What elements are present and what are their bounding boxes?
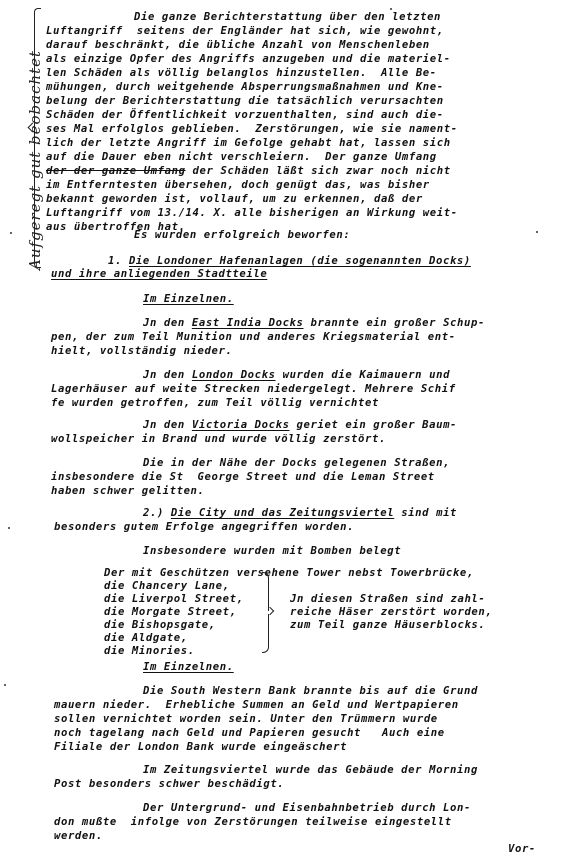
place-name: Victoria Docks (192, 419, 290, 431)
bombs-heading: Insbesondere wurden mit Bomben belegt (143, 545, 401, 558)
scan-speck (4, 684, 6, 686)
intro-line: darauf beschränkt, die übliche Anzahl vo… (46, 39, 430, 52)
london-docks-line: Lagerhäuser auf weite Strecken niedergel… (51, 383, 456, 396)
typewritten-document-page: Aufgeregt gut beobachtet Die ganze Beric… (0, 0, 563, 864)
victoria-docks-line: wollspeicher in Brand und wurde völlig z… (51, 433, 386, 446)
bank-line: sollen vernichtet worden sein. Unter den… (54, 713, 438, 726)
subheading-im-einzelnen: Im Einzelnen. (143, 293, 234, 306)
bombed-street: die Liverpol Street, (104, 593, 244, 606)
bombed-heading: Es wurden erfolgreich beworfen: (134, 229, 350, 242)
bombed-street: die Minories. (104, 645, 195, 658)
victoria-docks-line: Jn den Victoria Docks geriet ein großer … (143, 419, 457, 432)
intro-line: Die ganze Berichterstattung über den let… (134, 11, 441, 24)
handwritten-margin-note: Aufgeregt gut beobachtet (4, 30, 30, 270)
east-india-line: hielt, vollständig nieder. (51, 345, 232, 358)
intro-line: Schäden der Öffentlichkeit vorzuenthalte… (46, 109, 444, 122)
transport-line: Der Untergrund- und Eisenbahnbetrieb dur… (143, 802, 471, 815)
scan-speck (10, 232, 12, 234)
streets-line: haben schwer gelitten. (51, 485, 205, 498)
scan-speck (536, 231, 538, 233)
section-2-line: besonders gutem Erfolge angegriffen word… (54, 521, 354, 534)
bombed-street: die Aldgate, (104, 632, 188, 645)
transport-line: werden. (54, 830, 103, 843)
bombed-street: die Morgate Street, (104, 606, 237, 619)
bank-line: noch tagelang nach Geld und Papieren ges… (54, 727, 445, 740)
streets-line: insbesondere die St George Street und di… (51, 471, 435, 484)
intro-line: bekannt geworden ist, vollauf, um zu erk… (46, 193, 423, 206)
margin-bracket (34, 8, 41, 268)
newspaper-line: Im Zeitungsviertel wurde das Gebäude der… (143, 764, 478, 777)
intro-line: mühungen, durch weitgehende Absperrungsm… (46, 81, 444, 94)
section-1-heading-cont: und ihre anliegenden Stadtteile (51, 268, 267, 281)
intro-line: lich der letzte Angriff im Gefolge gehab… (46, 137, 451, 150)
east-india-line: Jn den East India Docks brannte ein groß… (143, 317, 485, 330)
london-docks-line: fe wurden getroffen, zum Teil völlig ver… (51, 397, 379, 410)
section-2-heading: 2.) Die City und das Zeitungsviertel sin… (143, 507, 457, 520)
section-1-heading: 1. Die Londoner Hafenanlagen (die sogena… (108, 255, 471, 268)
scan-speck (8, 527, 10, 529)
bombed-list-note: Jn diesen Straßen sind zahl- (290, 593, 485, 606)
page-catchword: Vor- (508, 843, 536, 856)
bank-line: Filiale der London Bank wurde eingeäsche… (54, 741, 347, 754)
bombed-street: die Bishopsgate, (104, 619, 216, 632)
bombed-list-note: zum Teil ganze Häuserblocks. (290, 619, 485, 632)
scan-speck (390, 8, 392, 10)
intro-line: belung der Berichterstattung die tatsäch… (46, 95, 444, 108)
subheading-im-einzelnen: Im Einzelnen. (143, 661, 234, 674)
place-name: East India Docks (192, 317, 304, 329)
bombed-list-first: Der mit Geschützen versehene Tower nebst… (104, 567, 474, 580)
intro-line: im Entferntesten übersehen, doch genügt … (46, 179, 430, 192)
newspaper-line: Post besonders schwer beschädigt. (54, 778, 284, 791)
intro-line-corrected: der der ganze Umfang der Schäden läßt si… (46, 165, 451, 178)
intro-line: Luftangriff seitens der Engländer hat si… (46, 25, 444, 38)
transport-line: don mußte infolge von Zerstörungen teilw… (54, 816, 452, 829)
place-name: London Docks (192, 369, 276, 381)
curly-brace (262, 572, 272, 654)
bombed-list-note: reiche Häser zerstört worden, (290, 606, 492, 619)
struck-through-text: der der ganze Umfang (46, 165, 186, 177)
intro-line: als einzige Opfer des Angriffs anzugeben… (46, 53, 451, 66)
bombed-street: die Chancery Lane, (104, 580, 230, 593)
bank-line: Die South Western Bank brannte bis auf d… (143, 685, 478, 698)
london-docks-line: Jn den London Docks wurden die Kaimauern… (143, 369, 450, 382)
bank-line: mauern nieder. Erhebliche Summen an Geld… (54, 699, 459, 712)
east-india-line: pen, der zum Teil Munition und anderes K… (51, 331, 456, 344)
intro-line: auf die Dauer eben nicht verschleiern. D… (46, 151, 437, 164)
streets-line: Die in der Nähe der Docks gelegenen Stra… (143, 457, 450, 470)
intro-line: ses Mal erfolglos geblieben. Zerstörunge… (46, 123, 458, 136)
intro-line: Luftangriff vom 13./14. X. alle bisherig… (46, 207, 458, 220)
intro-line: len Schäden als völlig belanglos hinzust… (46, 67, 437, 80)
